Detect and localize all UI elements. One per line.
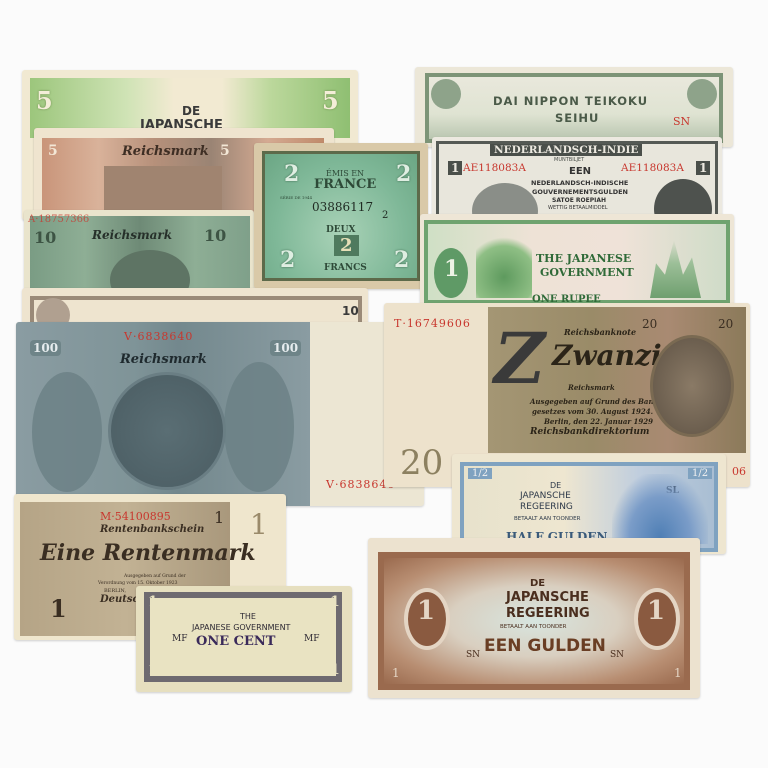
note-text-betaalt: BETAALT AAN TOONDER xyxy=(500,624,566,630)
denomination-left: 1 xyxy=(448,161,462,175)
note-value: ONE CENT xyxy=(196,634,275,649)
note-text-france: FRANCE xyxy=(314,177,376,192)
serial-number-tail: 06 xyxy=(732,465,746,478)
denomination-right: 10 xyxy=(204,226,226,245)
serial-left: AE118083A xyxy=(463,162,526,174)
note-line2: GOUVERNEMENTSGULDEN xyxy=(532,188,628,196)
note-value: EEN GULDEN xyxy=(484,636,606,656)
denomination-left: 5 xyxy=(36,86,53,115)
note-text-de: DE xyxy=(530,578,545,589)
figure-right xyxy=(224,362,294,492)
denomination-top: 1 xyxy=(214,508,224,527)
denomination-top-right: 2 xyxy=(396,161,411,187)
note-header: Rentenbankschein xyxy=(100,524,204,535)
portrait-medallion xyxy=(108,372,226,490)
denomination-right: 100 xyxy=(270,340,301,356)
banknote-dai-nippon: DAI NIPPON TEIKOKU SEIHU SN xyxy=(415,67,733,147)
note-line4: WETTIG BETAALMIDDEL xyxy=(548,205,608,211)
block-left: SN xyxy=(466,650,480,660)
denomination-right: 5 xyxy=(220,143,230,159)
big-letter-z: Z xyxy=(494,317,545,400)
banknote-reichsmark-100: 100 100 V·6838640 Reichsmark V·6838640 xyxy=(16,322,424,506)
portrait-werner-von-siemens xyxy=(650,335,734,437)
denomination-top-mid: 20 xyxy=(642,317,657,331)
denomination-left: 1/2 xyxy=(468,468,492,479)
denomination-bottom-left: 1 xyxy=(392,666,400,680)
note-text-japansche: JAPANSCHE xyxy=(506,590,589,605)
banknote-jim-one-cent: 1 1 THE JAPANESE GOVERNMENT MF ONE CENT … xyxy=(136,586,352,692)
banknote-jim-1-gulden: 1 1 DE JAPANSCHE REGEERING BETAALT AAN T… xyxy=(368,538,700,698)
block-letters: SN xyxy=(673,115,690,128)
series-label: SÉRIE DE 1944 xyxy=(280,195,312,200)
note-title: Eine Rentenmark xyxy=(40,540,256,566)
banknote-allied-2-francs: 2 2 ÉMIS EN FRANCE SÉRIE DE 1944 0388611… xyxy=(254,143,428,289)
series-number: 2 xyxy=(382,210,388,221)
note-text-the-japanese: THE JAPANESE xyxy=(536,252,631,265)
denomination-right: 5 xyxy=(322,86,339,115)
vignette-fruit-tree xyxy=(476,228,532,298)
serial-number: 03886117 xyxy=(312,200,373,214)
note-text-regeering: REGEERING xyxy=(506,606,590,621)
denomination-bottom-right: 1 xyxy=(330,662,340,678)
denomination-bottom: 1 xyxy=(50,594,67,623)
note-text-de: DE xyxy=(550,481,561,490)
note-line1: NEDERLANDSCH-INDISCHE xyxy=(531,179,628,187)
denomination: 1 xyxy=(444,256,459,282)
note-text-1: Ausgegeben auf Grund des Bank- xyxy=(530,397,661,406)
note-text-japansche: JAPANSCHE xyxy=(520,491,571,501)
note-word-een: EEN xyxy=(569,166,591,177)
denomination-left: 20 xyxy=(400,443,443,483)
denomination-bottom-left: 1 xyxy=(148,662,158,678)
note-text-japanese-government: JAPANESE GOVERNMENT xyxy=(192,623,290,632)
note-text-4: Reichsbankdirektorium xyxy=(530,427,649,437)
note-text-regeering: REGEERING xyxy=(520,502,573,512)
denomination-right: 1 xyxy=(647,596,665,626)
denomination-top-right: 1 xyxy=(330,594,340,610)
denomination-bottom-left: 2 xyxy=(280,247,295,273)
denomination-right: 1 xyxy=(696,161,710,175)
note-text-betaalt: BETAALT AAN TOONDER xyxy=(514,516,580,522)
serial-number: V·6838640 xyxy=(124,330,193,343)
note-line3: SATOE ROEPIAH xyxy=(552,197,606,204)
denomination: 10 xyxy=(342,304,359,318)
note-title: Reichsmark xyxy=(120,352,207,367)
serial-number: A·18757366 xyxy=(28,214,89,225)
denomination-left: 1 xyxy=(417,596,435,626)
block-right: SN xyxy=(610,650,624,660)
denomination-center: 2 xyxy=(334,235,359,256)
note-title: Reichsmark xyxy=(122,144,209,159)
note-text-deux: DEUX xyxy=(326,225,356,235)
denomination-top-right: 20 xyxy=(718,317,733,331)
note-text-1: Ausgegeben auf Grund der xyxy=(124,574,186,579)
denomination-top-left: 2 xyxy=(284,161,299,187)
vignette-travelers-palm xyxy=(612,474,708,544)
vignette-building xyxy=(104,166,222,214)
serial-number: M·54100895 xyxy=(100,510,171,523)
note-text-seihu: SEIHU xyxy=(555,111,599,125)
denomination-top-left: 1 xyxy=(148,594,158,610)
serial-right: AE118083A xyxy=(621,162,684,174)
denomination-outer: 1 xyxy=(250,508,268,541)
denomination-left: 5 xyxy=(48,143,58,159)
note-text-government: GOVERNMENT xyxy=(540,266,634,279)
note-header: NEDERLANDSCH-INDIE xyxy=(490,144,642,156)
note-text-de: DE xyxy=(182,104,200,118)
note-text-3: Berlin, den 22. Januar 1929 xyxy=(544,417,653,426)
note-text-the: THE xyxy=(240,612,256,621)
note-sub: MUNTBILJET xyxy=(554,157,584,163)
block-left: MF xyxy=(172,634,187,644)
denomination-bottom-right: 2 xyxy=(394,247,409,273)
serial-number: T·16749606 xyxy=(394,317,471,330)
denomination-bottom-right: 1 xyxy=(674,666,682,680)
banknote-reichsmark-10: A·18757366 Reichsmark 10 10 xyxy=(24,210,254,290)
note-sub: Reichsbanknote xyxy=(564,327,636,337)
denomination-left: 10 xyxy=(34,228,56,247)
block-right: MF xyxy=(304,634,319,644)
note-text-francs: FRANCS xyxy=(324,263,367,273)
ornament-left xyxy=(431,79,461,109)
note-text-2: gesetzes vom 30. August 1924. xyxy=(532,407,653,416)
denomination-left: 100 xyxy=(30,340,61,356)
banknote-jim-1-rupee: 1 THE JAPANESE GOVERNMENT ONE RUPEE xyxy=(420,214,734,306)
ornament-right xyxy=(687,79,717,109)
figure-left xyxy=(32,372,102,492)
note-text-dai-nippon: DAI NIPPON TEIKOKU xyxy=(493,94,648,108)
note-unit: Reichsmark xyxy=(568,383,615,392)
note-title: Reichsmark xyxy=(92,228,172,242)
